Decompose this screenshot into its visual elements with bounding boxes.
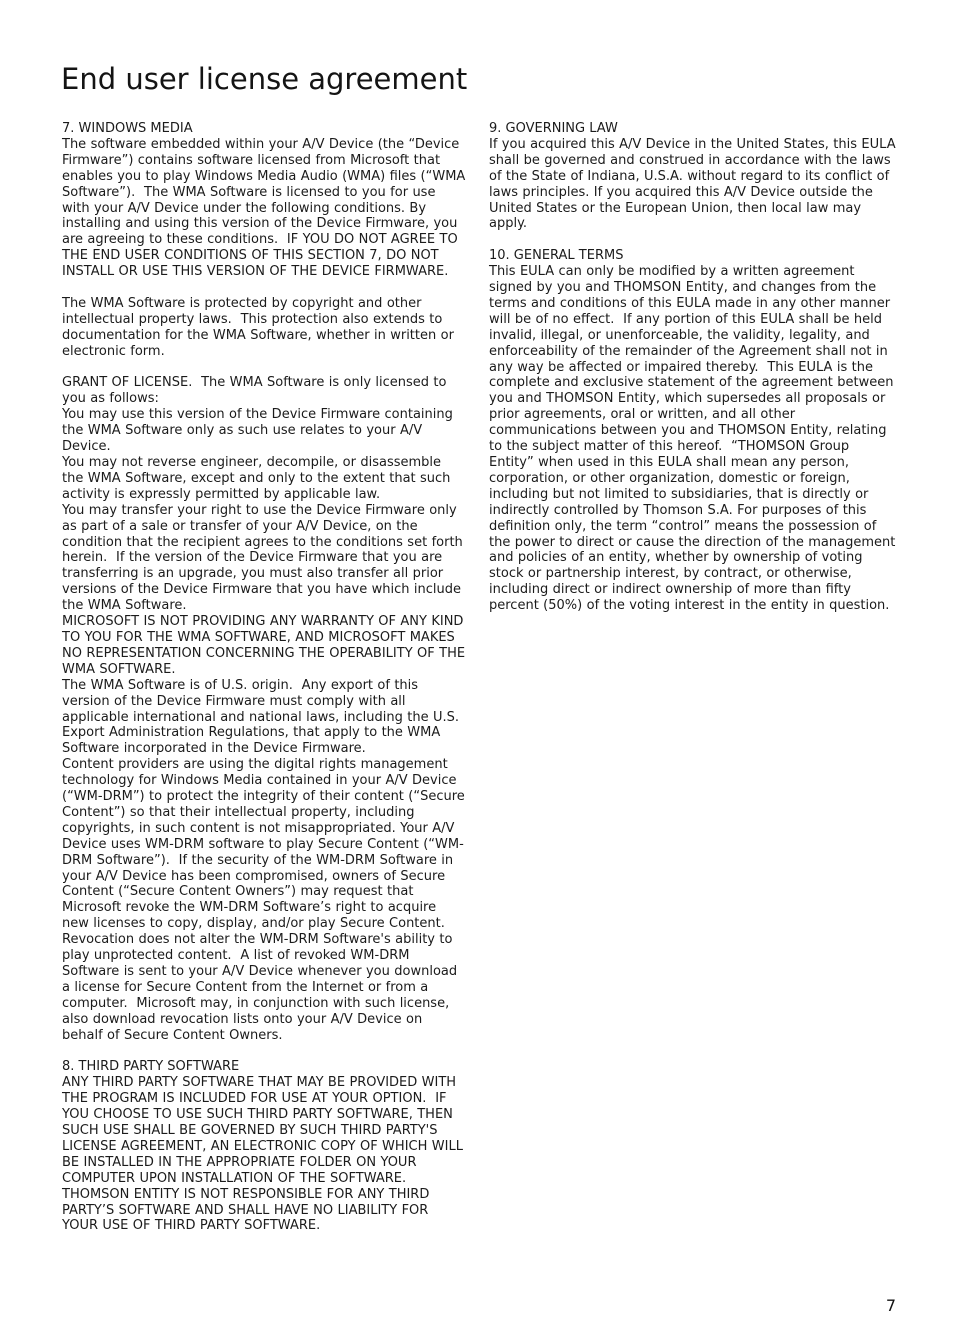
section-heading: 7. WINDOWS MEDIA: [62, 121, 466, 137]
paragraph: GRANT OF LICENSE. The WMA Software is on…: [62, 375, 466, 407]
text-columns: 7. WINDOWS MEDIAThe software embedded wi…: [62, 121, 898, 1234]
page-number: 7: [856, 1296, 896, 1316]
paragraph: The WMA Software is protected by copyrig…: [62, 296, 466, 360]
section: 8. THIRD PARTY SOFTWAREANY THIRD PARTY S…: [62, 1059, 466, 1234]
text-block: This EULA can only be modified by a writ…: [489, 264, 898, 614]
paragraph: MICROSOFT IS NOT PROVIDING ANY WARRANTY …: [62, 614, 466, 678]
document-page: End user license agreement 7. WINDOWS ME…: [0, 0, 954, 1340]
column-right: 9. GOVERNING LAWIf you acquired this A/V…: [489, 121, 898, 1234]
column-left: 7. WINDOWS MEDIAThe software embedded wi…: [62, 121, 466, 1234]
section: 9. GOVERNING LAWIf you acquired this A/V…: [489, 121, 898, 232]
section-heading: 10. GENERAL TERMS: [489, 248, 898, 264]
paragraph: If you acquired this A/V Device in the U…: [489, 137, 898, 232]
section-heading: 8. THIRD PARTY SOFTWARE: [62, 1059, 466, 1075]
paragraph: The software embedded within your A/V De…: [62, 137, 466, 280]
paragraph: Content providers are using the digital …: [62, 757, 466, 1043]
text-block: The software embedded within your A/V De…: [62, 137, 466, 280]
section: 7. WINDOWS MEDIAThe software embedded wi…: [62, 121, 466, 1044]
paragraph: You may transfer your right to use the D…: [62, 503, 466, 614]
text-block: The WMA Software is protected by copyrig…: [62, 296, 466, 360]
paragraph: The WMA Software is of U.S. origin. Any …: [62, 678, 466, 758]
paragraph: This EULA can only be modified by a writ…: [489, 264, 898, 614]
paragraph: You may not reverse engineer, decompile,…: [62, 455, 466, 503]
paragraph: ANY THIRD PARTY SOFTWARE THAT MAY BE PRO…: [62, 1075, 466, 1234]
page-title: End user license agreement: [61, 60, 467, 98]
section: 10. GENERAL TERMSThis EULA can only be m…: [489, 248, 898, 614]
text-block: GRANT OF LICENSE. The WMA Software is on…: [62, 375, 466, 1043]
paragraph: You may use this version of the Device F…: [62, 407, 466, 455]
section-heading: 9. GOVERNING LAW: [489, 121, 898, 137]
text-block: ANY THIRD PARTY SOFTWARE THAT MAY BE PRO…: [62, 1075, 466, 1234]
text-block: If you acquired this A/V Device in the U…: [489, 137, 898, 232]
